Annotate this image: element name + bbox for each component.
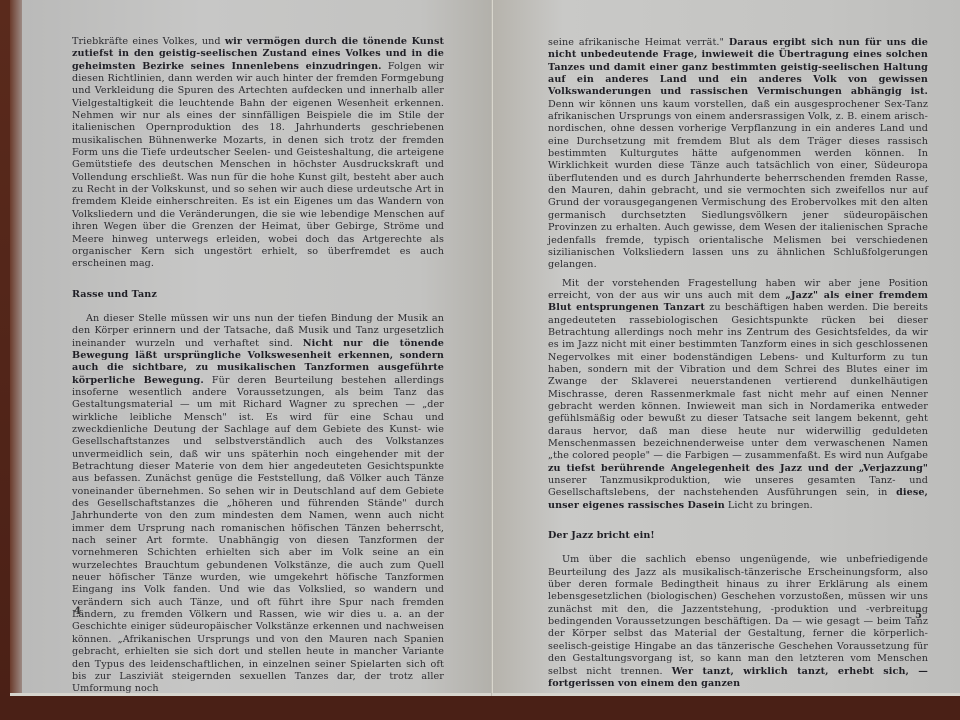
right-page-text: seine afrikanische Heimat verrät." Darau… xyxy=(548,37,928,690)
right-page: seine afrikanische Heimat verrät." Darau… xyxy=(493,0,960,696)
section-heading-rasse-und-tanz: Rasse und Tanz xyxy=(72,289,444,301)
section-heading-der-jazz-bricht-ein: Der Jazz bricht ein! xyxy=(548,530,928,542)
right-paragraph-1: seine afrikanische Heimat verrät." Darau… xyxy=(548,37,928,272)
left-page: Triebkräfte eines Volkes, und wir vermög… xyxy=(10,0,493,696)
page-number-right: 5 xyxy=(915,610,922,621)
right-paragraph-2: Mit der vorstehenden Fragestellung haben… xyxy=(548,278,928,513)
left-paragraph-1: Triebkräfte eines Volkes, und wir vermög… xyxy=(72,36,444,271)
left-paragraph-2: An dieser Stelle müssen wir uns nun der … xyxy=(72,313,444,696)
left-page-text: Triebkräfte eines Volkes, und wir vermög… xyxy=(72,36,444,696)
page-number-left: 4 xyxy=(74,606,81,617)
open-booklet: Triebkräfte eines Volkes, und wir vermög… xyxy=(0,0,960,696)
right-paragraph-3: Um über die sachlich ebenso ungenügende,… xyxy=(548,554,928,690)
booklet-cover-edge xyxy=(10,0,22,693)
